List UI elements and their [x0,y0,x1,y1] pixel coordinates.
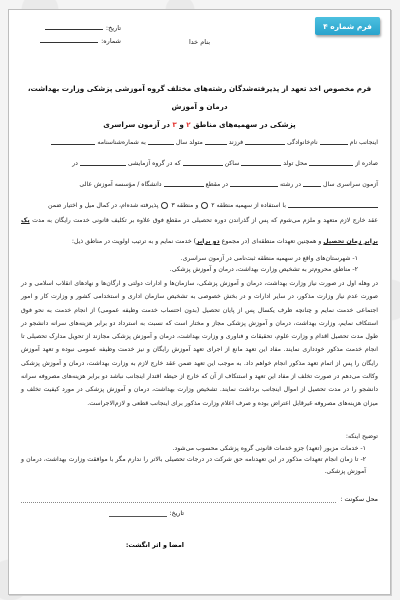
list-item: ۱- شهرستان‌های واقع در سهمیه منطقه ثبت‌ن… [21,253,358,264]
commitment-text-3: ) خدمت نمایم و به ترتیب اولویت در مناطق … [72,238,196,245]
form-page: فرم شماره ۴ تاریخ: شماره: بنام خدا فرم م… [8,9,391,595]
region-3-label: و منطقه ۳ [171,202,198,209]
signature-date-label: تاریخ: [170,510,184,517]
region-2-radio[interactable] [201,202,208,209]
form-number-label: فرم شماره ۴ [323,22,372,31]
date-label: تاریخ: [106,24,121,32]
commitment-text: عقد خارج لازم متعهد و ملزم می‌شوم که پس … [32,217,378,224]
first-name-field[interactable] [320,139,348,145]
exam-group-label: که در گروه آزمایشی [128,160,181,167]
title-region-2: ۲ [186,120,190,129]
commitment-text-2: و همچنین تعهدات منطقه‌ای (در مجموع [222,238,322,245]
issued-from-label: صادره از [355,160,378,167]
university-field[interactable] [288,202,378,208]
region-3-radio[interactable] [161,202,168,209]
fields-line-1: اینجانب نام نام‌خانوادگی فرزند متولد سال… [21,132,378,153]
commitment-paragraph: عقد خارج لازم متعهد و ملزم می‌شوم که پس … [21,210,378,252]
father-name-label: فرزند [229,139,243,146]
residence-field[interactable] [21,496,336,503]
father-name-field[interactable] [205,139,227,145]
fields-line-3: آزمون سراسری سال در رشته در مقطع دانشگاه… [21,174,378,195]
fields-line-2: صادره از محل تولد ساکن که در گروه آزمایش… [21,153,378,174]
list-item: ۲- تا زمان انجام تعهدات مذکور در این تعه… [21,454,378,477]
resident-field[interactable] [183,160,223,166]
notes-title: توضیح اینکه: [21,431,378,443]
degree-label: در مقطع [205,181,228,188]
form-number-badge: فرم شماره ۴ [315,17,380,35]
list-item: ۲- مناطق محروم‌تر به تشخیص وزارت بهداشت،… [21,264,358,275]
university-label: دانشگاه / مؤسسه آموزش عالی [79,181,161,188]
date-row: تاریخ: [21,19,121,32]
birth-year-field[interactable] [148,139,174,145]
in-label: در [72,160,78,167]
first-name-label: اینجانب نام [350,139,378,146]
birthplace-label: محل تولد [283,160,307,167]
notes-section: توضیح اینکه: ۱- خدمات مزبور (تعهد) جزو خ… [21,431,378,477]
applicant-fields: اینجانب نام نام‌خانوادگی فرزند متولد سال… [21,132,378,216]
last-name-field[interactable] [245,139,285,145]
title-region-3: ۳ [172,120,176,129]
major-field[interactable] [230,181,278,187]
date-field[interactable] [45,29,103,30]
terms-paragraph: در وهله اول در صورت نیاز وزارت بهداشت، د… [21,277,378,410]
birthplace-field[interactable] [241,160,281,166]
accepted-text: پذیرفته شده‌ام، در کمال میل و اختیار ضمن [48,202,158,209]
form-title: فرم مخصوص اخذ تعهد از پذیرفته‌شدگان رشته… [21,80,378,134]
region-2-label: با استفاده از سهمیه منطقه ۲ [211,202,286,209]
issued-from-field[interactable] [309,160,353,166]
signature-label: امضا و اثر انگشت: [109,541,184,549]
major-label: در رشته [280,181,301,188]
exam-year-label: آزمون سراسری سال [323,181,378,188]
degree-field[interactable] [164,181,204,187]
birth-year-label: متولد سال [176,139,203,146]
exam-group-field[interactable] [80,160,126,166]
signature-date-field[interactable] [109,511,167,517]
title-text: پزشکی در سهمیه‌های مناطق [193,120,296,129]
priority-regions-list: ۱- شهرستان‌های واقع در سهمیه منطقه ثبت‌ن… [21,253,378,275]
list-item: ۱- خدمات مزبور (تعهد) جزو خدمات قانونی گ… [21,443,378,455]
resident-label: ساکن [225,160,240,167]
residence-label: محل سکونت : [340,496,378,503]
title-line-1: فرم مخصوص اخذ تعهد از پذیرفته‌شدگان رشته… [21,80,378,116]
id-number-field[interactable] [51,139,95,145]
commitment-double-emphasis: دو برابر [196,238,220,245]
title-text-end: در آزمون سراسری [103,120,170,129]
bismillah-heading: بنام خدا [9,38,390,46]
id-number-label: به شماره‌شناسنامه [97,139,145,146]
residence-row: محل سکونت : [21,496,378,503]
title-and: و [179,120,183,129]
signature-date-row: تاریخ: [109,510,184,517]
last-name-label: نام‌خانوادگی [287,139,318,146]
exam-year-field[interactable] [303,181,321,187]
